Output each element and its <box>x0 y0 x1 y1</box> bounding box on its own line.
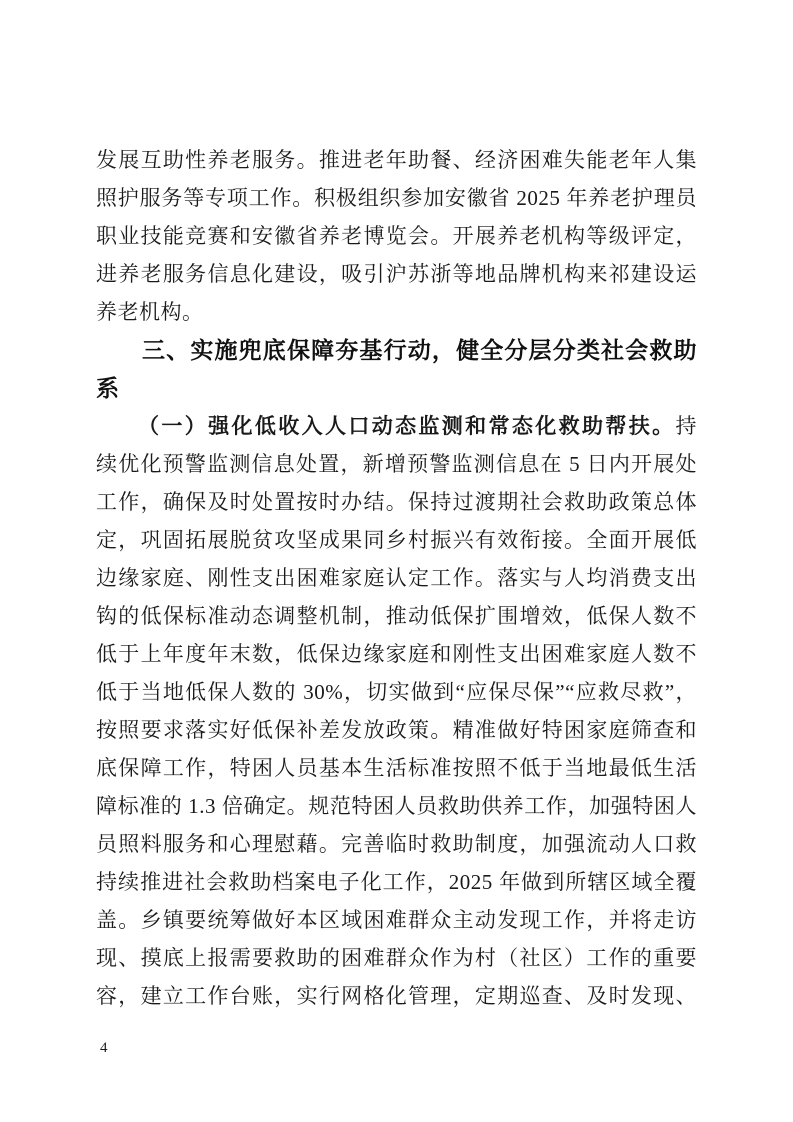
text-line: （一）强化低收入人口动态监测和常态化救助帮扶。持 <box>96 407 697 445</box>
text-line: 员照料服务和心理慰藉。完善临时救助制度，加强流动人口救助。 <box>96 825 697 863</box>
text-line: 持续推进社会救助档案电子化工作，2025 年做到所辖区域全覆 <box>96 863 697 901</box>
text-line: 发展互助性养老服务。推进老年助餐、经济困难失能老年人集中 <box>96 141 697 179</box>
text-line: 进养老服务信息化建设，吸引沪苏浙等地品牌机构来祁建设运营 <box>96 255 697 293</box>
text-line: 养老机构。 <box>96 293 697 331</box>
text-line: 边缘家庭、刚性支出困难家庭认定工作。落实与人均消费支出挂 <box>96 559 697 597</box>
text-line: 盖。乡镇要统筹做好本区域困难群众主动发现工作，并将走访发 <box>96 901 697 939</box>
section-heading-line: 三、实施兜底保障夯基行动，健全分层分类社会救助体 <box>96 331 697 369</box>
document-body: 发展互助性养老服务。推进老年助餐、经济困难失能老年人集中照护服务等专项工作。积极… <box>96 141 697 1015</box>
text-line: 低于上年度年末数，低保边缘家庭和刚性支出困难家庭人数不得 <box>96 635 697 673</box>
text-line: 现、摸底上报需要救助的困难群众作为村（社区）工作的重要内 <box>96 939 697 977</box>
text-line: 低于当地低保人数的 30%，切实做到“应保尽保”“应救尽救”，并 <box>96 673 697 711</box>
subsection-lead-text: （一）强化低收入人口动态监测和常态化救助帮扶。 <box>138 414 676 438</box>
text-line: 工作，确保及时处置按时办结。保持过渡期社会救助政策总体稳 <box>96 483 697 521</box>
text-line: 障标准的 1.3 倍确定。规范特困人员救助供养工作，加强特困人 <box>96 787 697 825</box>
page-number: 4 <box>100 1038 108 1058</box>
text-line: 照护服务等专项工作。积极组织参加安徽省 2025 年养老护理员 <box>96 179 697 217</box>
text-line: 钩的低保标准动态调整机制，推动低保扩围增效，低保人数不得 <box>96 597 697 635</box>
text-line: 续优化预警监测信息处置，新增预警监测信息在 5 日内开展处置 <box>96 445 697 483</box>
text-line: 定，巩固拓展脱贫攻坚成果同乡村振兴有效衔接。全面开展低保 <box>96 521 697 559</box>
section-heading-line: 系 <box>96 369 697 407</box>
body-text-segment: 持 <box>676 414 698 438</box>
text-line: 按照要求落实好低保补差发放政策。精准做好特困家庭筛查和兜 <box>96 711 697 749</box>
text-line: 底保障工作，特困人员基本生活标准按照不低于当地最低生活保 <box>96 749 697 787</box>
document-page: 发展互助性养老服务。推进老年助餐、经济困难失能老年人集中照护服务等专项工作。积极… <box>0 0 793 1122</box>
text-line: 容，建立工作台账，实行网格化管理，定期巡查、及时发现、主 <box>96 977 697 1015</box>
text-line: 职业技能竞赛和安徽省养老博览会。开展养老机构等级评定，推 <box>96 217 697 255</box>
